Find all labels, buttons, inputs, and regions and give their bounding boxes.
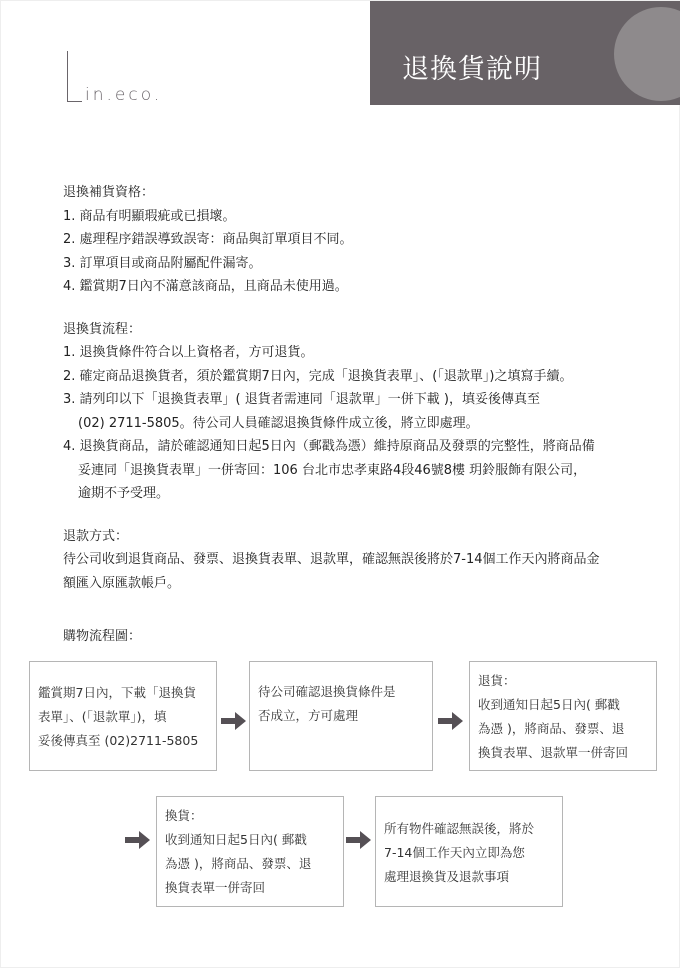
list-item: 2. 確定商品退換貨者，須於鑑賞期7日內，完成「退換貨表單」、(「退款單」)之填… bbox=[63, 365, 643, 389]
logo-text: in.eco. bbox=[85, 85, 162, 105]
right-arrow-icon bbox=[438, 710, 464, 732]
main-content: 退換補貨資格： 1. 商品有明顯瑕疵或已損壞。 2. 處理程序錯誤導致誤寄：商品… bbox=[63, 181, 643, 668]
flow-text: 表單」、(「退款單」)，填 bbox=[38, 705, 216, 729]
section-title: 退換補貨資格： bbox=[63, 181, 643, 205]
logo-letter-foot bbox=[67, 101, 82, 102]
flow-text: 換貨： bbox=[165, 804, 343, 828]
paragraph-line: 額匯入原匯款帳戶。 bbox=[63, 572, 643, 596]
flow-text: 為憑 )，將商品、發票、退 bbox=[478, 717, 656, 741]
header-band: 退換貨說明 bbox=[370, 1, 680, 105]
section-eligibility: 退換補貨資格： 1. 商品有明顯瑕疵或已損壞。 2. 處理程序錯誤導致誤寄：商品… bbox=[63, 181, 643, 299]
list-item: 4. 鑑賞期7日內不滿意該商品，且商品未使用過。 bbox=[63, 275, 643, 299]
flow-text: 收到通知日起5日內( 郵戳 bbox=[478, 693, 656, 717]
flow-step-3-exchange: 換貨： 收到通知日起5日內( 郵戳 為憑 )，將商品、發票、退 換貨表單一併寄回 bbox=[156, 796, 344, 907]
flow-text: 所有物件確認無誤後，將於 bbox=[384, 817, 562, 841]
flow-text: 換貨表單、退款單一併寄回 bbox=[478, 741, 656, 765]
flow-step-3-return: 退貨： 收到通知日起5日內( 郵戳 為憑 )，將商品、發票、退 換貨表單、退款單… bbox=[469, 661, 657, 771]
flow-text: 為憑 )，將商品、發票、退 bbox=[165, 852, 343, 876]
section-title: 購物流程圖： bbox=[63, 625, 643, 649]
list-item: 1. 商品有明顯瑕疵或已損壞。 bbox=[63, 205, 643, 229]
flow-text: 7-14個工作天內立即為您 bbox=[384, 841, 562, 865]
flow-text: 鑑賞期7日內，下載「退換貨 bbox=[38, 681, 216, 705]
flow-text: 收到通知日起5日內( 郵戳 bbox=[165, 828, 343, 852]
section-title: 退款方式： bbox=[63, 525, 643, 549]
page: in.eco. 退換貨說明 退換補貨資格： 1. 商品有明顯瑕疵或已損壞。 2.… bbox=[0, 0, 680, 968]
section-process: 退換貨流程： 1. 退換貨條件符合以上資格者，方可退貨。 2. 確定商品退換貨者… bbox=[63, 318, 643, 506]
right-arrow-icon bbox=[221, 710, 247, 732]
page-title: 退換貨說明 bbox=[402, 47, 542, 86]
flow-text: 退貨： bbox=[478, 669, 656, 693]
flow-step-4-complete: 所有物件確認無誤後，將於 7-14個工作天內立即為您 處理退換貨及退款事項 bbox=[375, 796, 563, 907]
flow-step-1: 鑑賞期7日內，下載「退換貨 表單」、(「退款單」)，填 妥後傳真至 (02)27… bbox=[29, 661, 217, 771]
right-arrow-icon bbox=[125, 829, 151, 851]
flow-text: 妥後傳真至 (02)2711-5805 bbox=[38, 729, 216, 753]
paragraph-line: 待公司收到退貨商品、發票、退換貨表單、退款單，確認無誤後將於7-14個工作天內將… bbox=[63, 548, 643, 572]
brand-logo: in.eco. bbox=[67, 51, 207, 103]
flow-text: 換貨表單一併寄回 bbox=[165, 876, 343, 900]
section-refund: 退款方式： 待公司收到退貨商品、發票、退換貨表單、退款單，確認無誤後將於7-14… bbox=[63, 525, 643, 596]
section-title: 退換貨流程： bbox=[63, 318, 643, 342]
list-item: 1. 退換貨條件符合以上資格者，方可退貨。 bbox=[63, 341, 643, 365]
flow-step-2: 待公司確認退換貨條件是 否成立，方可處理 bbox=[249, 661, 433, 771]
list-item-continuation: (02) 2711-5805。待公司人員確認退換貨條件成立後，將立即處理。 bbox=[63, 412, 643, 436]
list-item-continuation: 逾期不予受理。 bbox=[63, 482, 643, 506]
list-item: 4. 退換貨商品，請於確認通知日起5日內（郵戳為憑）維持原商品及發票的完整性，將… bbox=[63, 435, 643, 459]
logo-letter-stroke bbox=[67, 51, 68, 101]
right-arrow-icon bbox=[346, 829, 372, 851]
list-item-continuation: 妥連同「退換貨表單」一併寄回：106 台北市忠孝東路4段46號8樓 玥鈴服飾有限… bbox=[63, 459, 643, 483]
section-flowchart: 購物流程圖： bbox=[63, 625, 643, 649]
list-item: 2. 處理程序錯誤導致誤寄：商品與訂單項目不同。 bbox=[63, 228, 643, 252]
list-item: 3. 訂單項目或商品附屬配件漏寄。 bbox=[63, 252, 643, 276]
flow-text: 處理退換貨及退款事項 bbox=[384, 865, 562, 889]
flow-text: 否成立，方可處理 bbox=[258, 704, 432, 728]
flow-text: 待公司確認退換貨條件是 bbox=[258, 680, 432, 704]
list-item: 3. 請列印以下「退換貨表單」( 退貨者需連同「退款單」一併下載 )，填妥後傳真… bbox=[63, 388, 643, 412]
decorative-circle bbox=[614, 7, 680, 101]
